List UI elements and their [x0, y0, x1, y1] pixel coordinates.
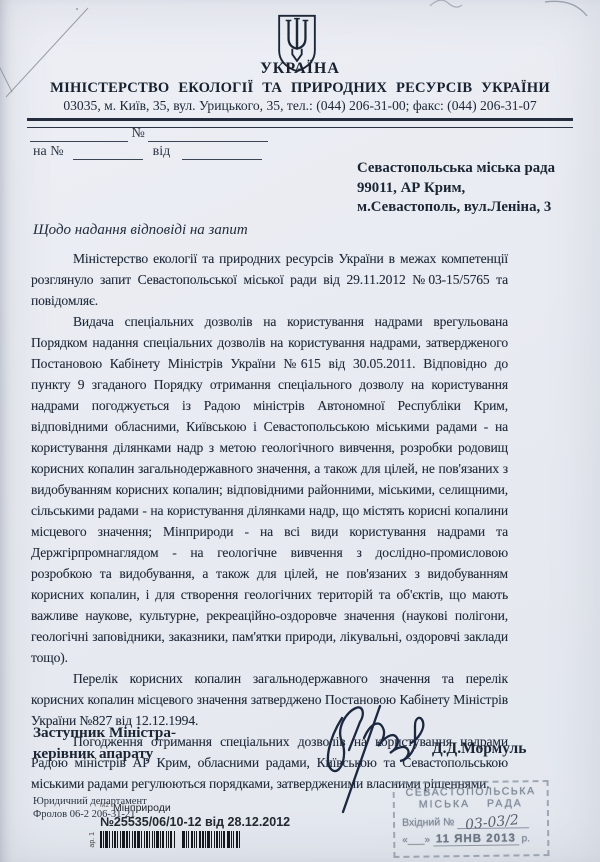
registration-block: М2Мінприроди №25535/06/10-12 від 28.12.2… — [100, 802, 290, 854]
incoming-number-blank — [73, 146, 143, 160]
barcode — [100, 831, 282, 849]
stamp-date-open: «___» — [402, 835, 430, 846]
stamp-date-line: «___» 11 ЯНВ 2013 р. — [395, 832, 547, 847]
ministry-title: МІНІСТЕРСТВО ЕКОЛОГІЇ ТА ПРИРОДНИХ РЕСУР… — [0, 80, 600, 97]
incoming-date-blank — [182, 146, 262, 160]
paragraph: Видача спеціальних дозволів на користува… — [31, 311, 508, 668]
stamp-date-value: 11 ЯНВ 2013 — [433, 832, 519, 846]
number-sign-label: № — [132, 126, 145, 141]
reg-organization: Мінприроди — [113, 802, 171, 814]
subject-line: Щодо надання відповіді на запит — [33, 222, 248, 239]
signer-title-line1: Заступник Міністра- — [33, 722, 176, 743]
scanned-letter-page: УКРАЇНА МІНІСТЕРСТВО ЕКОЛОГІЇ ТА ПРИРОДН… — [0, 0, 600, 862]
vid-label: від — [153, 144, 171, 159]
recipient-street: м.Севастополь, вул.Леніна, 3 — [357, 198, 555, 218]
paragraph: Міністерство екології та природних ресур… — [31, 248, 508, 311]
outgoing-number-line: № — [30, 126, 268, 142]
stamp-incoming-label: Вхідний № — [402, 816, 454, 829]
stamp-date-suffix: р. — [522, 833, 530, 844]
country-title: УКРАЇНА — [0, 60, 600, 78]
sheet-note: ар. 1 — [89, 832, 96, 848]
recipient-name: Севастопольська міська рада — [357, 159, 555, 179]
outgoing-number-blank — [148, 128, 268, 142]
na-number-label: на № — [33, 144, 64, 159]
signer-title-line2: керівник апарату — [33, 743, 176, 764]
handwritten-signature — [312, 698, 442, 816]
stamp-incoming-value-handwritten: 03-03/2 — [456, 811, 529, 834]
signer-title: Заступник Міністра- керівник апарату — [33, 722, 176, 764]
reg-prefix: М2 — [100, 802, 109, 809]
recipient-block: Севастопольська міська рада 99011, АР Кр… — [357, 159, 555, 218]
signer-name: Д.Д.Мормуль — [432, 740, 526, 758]
outgoing-date-blank — [30, 128, 128, 142]
incoming-number-line: на № від — [33, 144, 262, 160]
recipient-postcode: 99011, АР Крим, — [357, 179, 555, 199]
registration-number: №25535/06/10-12 від 28.12.2012 — [100, 815, 290, 829]
ministry-address: 03035, м. Київ, 35, вул. Урицького, 35, … — [0, 98, 600, 114]
